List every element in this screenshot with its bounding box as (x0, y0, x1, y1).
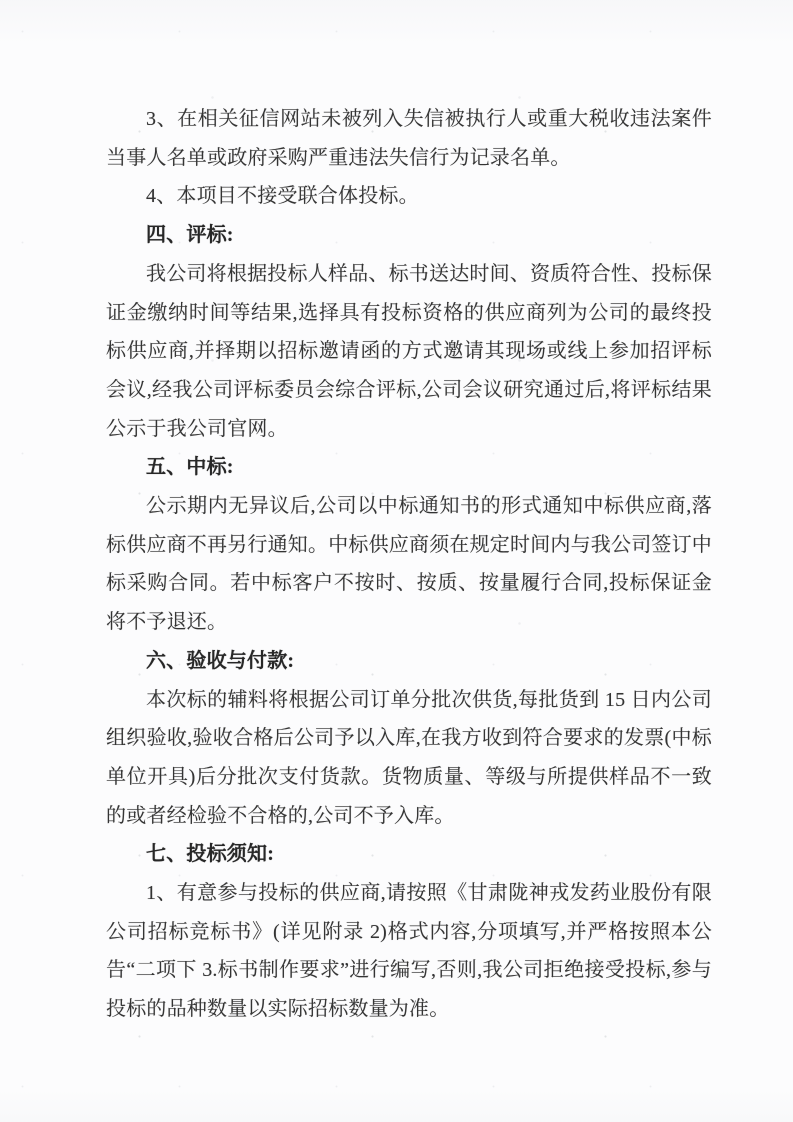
paragraph-no-consortium-4: 4、本项目不接受联合体投标。 (106, 177, 712, 216)
paragraph-bid-notes-body: 1、有意参与投标的供应商,请按照《甘肃陇神戎发药业股份有限公司招标竞标书》(详见… (106, 874, 712, 1029)
section-heading-acceptance-payment: 六、验收与付款: (106, 642, 712, 681)
section-heading-award: 五、中标: (106, 448, 712, 487)
section-heading-evaluation: 四、评标: (106, 216, 712, 255)
paragraph-acceptance-payment-body: 本次标的辅料将根据公司订单分批次供货,每批货到 15 日内公司组织验收,验收合格… (106, 681, 712, 836)
paragraph-award-body: 公示期内无异议后,公司以中标通知书的形式通知中标供应商,落标供应商不再另行通知。… (106, 487, 712, 642)
scanned-document-page: { "page": { "kind": "scanned tender anno… (0, 0, 793, 1122)
section-heading-bid-notes: 七、投标须知: (106, 835, 712, 874)
document-text-block: 3、在相关征信网站未被列入失信被执行人或重大税收违法案件当事人名单或政府采购严重… (106, 100, 712, 1029)
paragraph-eligibility-3: 3、在相关征信网站未被列入失信被执行人或重大税收违法案件当事人名单或政府采购严重… (106, 100, 712, 177)
paragraph-evaluation-body: 我公司将根据投标人样品、标书送达时间、资质符合性、投标保证金缴纳时间等结果,选择… (106, 255, 712, 449)
